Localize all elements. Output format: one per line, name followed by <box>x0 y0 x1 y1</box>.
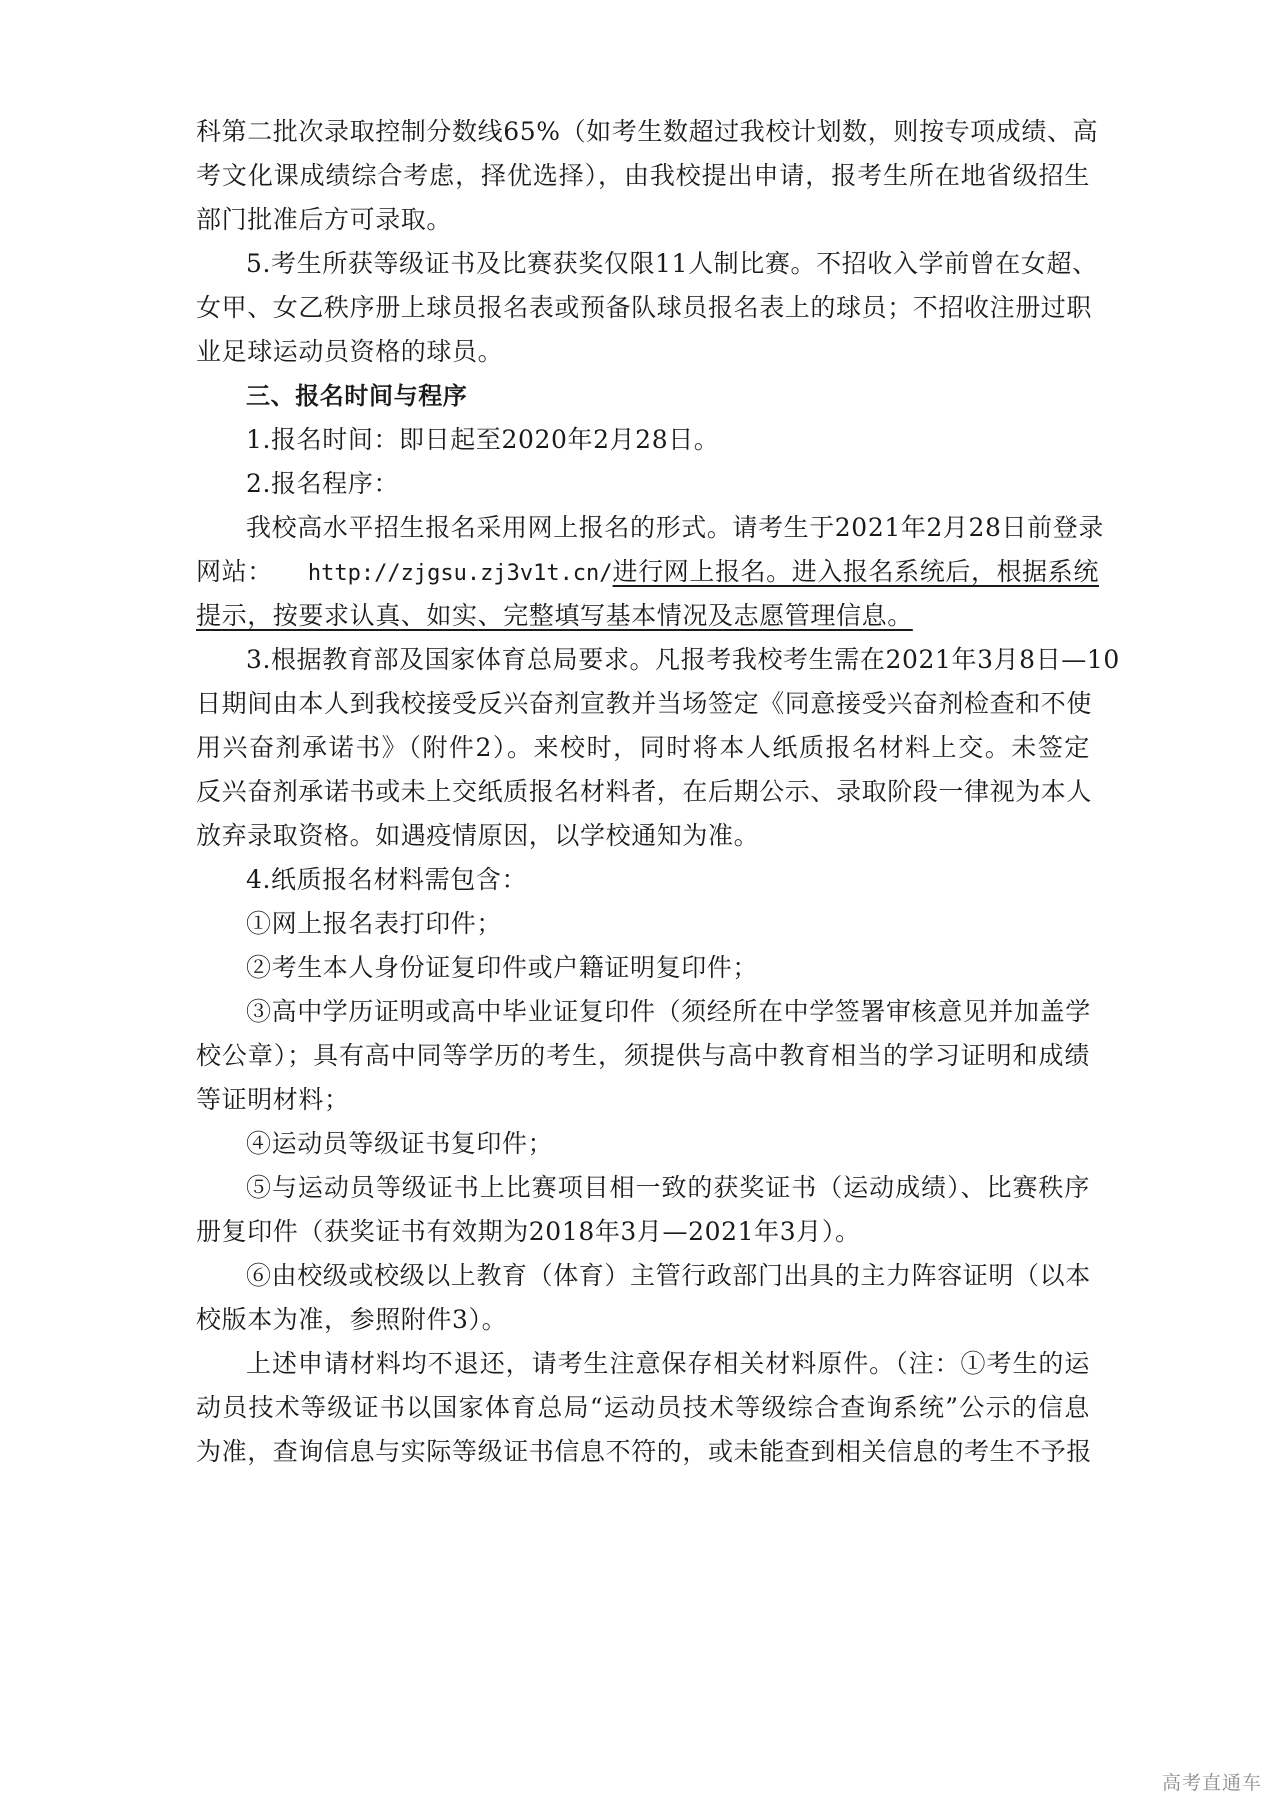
list-item: ①网上报名表打印件； <box>196 909 1090 939</box>
list-item: ②考生本人身份证复印件或户籍证明复印件； <box>196 953 1090 983</box>
paragraph-line: 放弃录取资格。如遇疫情原因，以学校通知为准。 <box>196 821 1090 851</box>
watermark: 高考直通车 <box>1162 1768 1262 1795</box>
underlined-text: 提示，按要求认真、如实、完整填写基本情况及志愿管理信息。 <box>196 601 913 630</box>
paragraph-line: 动员技术等级证书以国家体育总局“运动员技术等级综合查询系统”公示的信息 <box>196 1393 1090 1423</box>
paragraph-line: 校版本为准，参照附件3）。 <box>196 1305 1090 1335</box>
paragraph-line: 提示，按要求认真、如实、完整填写基本情况及志愿管理信息。 <box>196 601 1090 631</box>
list-item: ⑤与运动员等级证书上比赛项目相一致的获奖证书（运动成绩）、比赛秩序 <box>196 1173 1090 1203</box>
paragraph-line: 网站： http://zjgsu.zj3v1t.cn/进行网上报名。进入报名系统… <box>196 557 1090 589</box>
paragraph-line: 女甲、女乙秩序册上球员报名表或预备队球员报名表上的球员；不招收注册过职 <box>196 293 1090 323</box>
paragraph-line: 等证明材料； <box>196 1085 1090 1115</box>
list-item: ③高中学历证明或高中毕业证复印件（须经所在中学签署审核意见并加盖学 <box>196 997 1090 1027</box>
paragraph-line: 2.报名程序： <box>196 469 1090 499</box>
paragraph-line: 用兴奋剂承诺书》（附件2）。来校时，同时将本人纸质报名材料上交。未签定 <box>196 733 1090 763</box>
paragraph-line: 5.考生所获等级证书及比赛获奖仅限11人制比赛。不招收入学前曾在女超、 <box>196 249 1090 279</box>
paragraph-line: 3.根据教育部及国家体育总局要求。凡报考我校考生需在2021年3月8日—10 <box>196 645 1090 675</box>
paragraph-line: 为准，查询信息与实际等级证书信息不符的，或未能查到相关信息的考生不予报 <box>196 1437 1090 1467</box>
paragraph-line: 校公章）；具有高中同等学历的考生，须提供与高中教育相当的学习证明和成绩 <box>196 1041 1090 1071</box>
paragraph-line: 业足球运动员资格的球员。 <box>196 337 1090 367</box>
list-item: ④运动员等级证书复印件； <box>196 1129 1090 1159</box>
section-heading: 三、报名时间与程序 <box>196 381 1090 411</box>
website-label: 网站： <box>196 557 273 586</box>
underlined-text: 进行网上报名。进入报名系统后，根据系统 <box>613 557 1099 586</box>
paragraph-line: 反兴奋剂承诺书或未上交纸质报名材料者，在后期公示、录取阶段一律视为本人 <box>196 777 1090 807</box>
paragraph-line: 部门批准后方可录取。 <box>196 205 1090 235</box>
registration-url-link[interactable]: http://zjgsu.zj3v1t.cn/ <box>308 561 613 586</box>
list-item: ⑥由校级或校级以上教育（体育）主管行政部门出具的主力阵容证明（以本 <box>196 1261 1090 1291</box>
paragraph-line: 日期间由本人到我校接受反兴奋剂宣教并当场签定《同意接受兴奋剂检查和不使 <box>196 689 1090 719</box>
paragraph-line: 我校高水平招生报名采用网上报名的形式。请考生于2021年2月28日前登录 <box>196 513 1090 543</box>
paragraph-line: 册复印件（获奖证书有效期为2018年3月—2021年3月）。 <box>196 1217 1090 1247</box>
paragraph-line: 科第二批次录取控制分数线65%（如考生数超过我校计划数，则按专项成绩、高 <box>196 117 1090 147</box>
paragraph-line: 1.报名时间：即日起至2020年2月28日。 <box>196 425 1090 455</box>
paragraph-line: 考文化课成绩综合考虑，择优选择），由我校提出申请，报考生所在地省级招生 <box>196 161 1090 191</box>
paragraph-line: 4.纸质报名材料需包含： <box>196 865 1090 895</box>
paragraph-line: 上述申请材料均不退还，请考生注意保存相关材料原件。（注：①考生的运 <box>196 1349 1090 1379</box>
